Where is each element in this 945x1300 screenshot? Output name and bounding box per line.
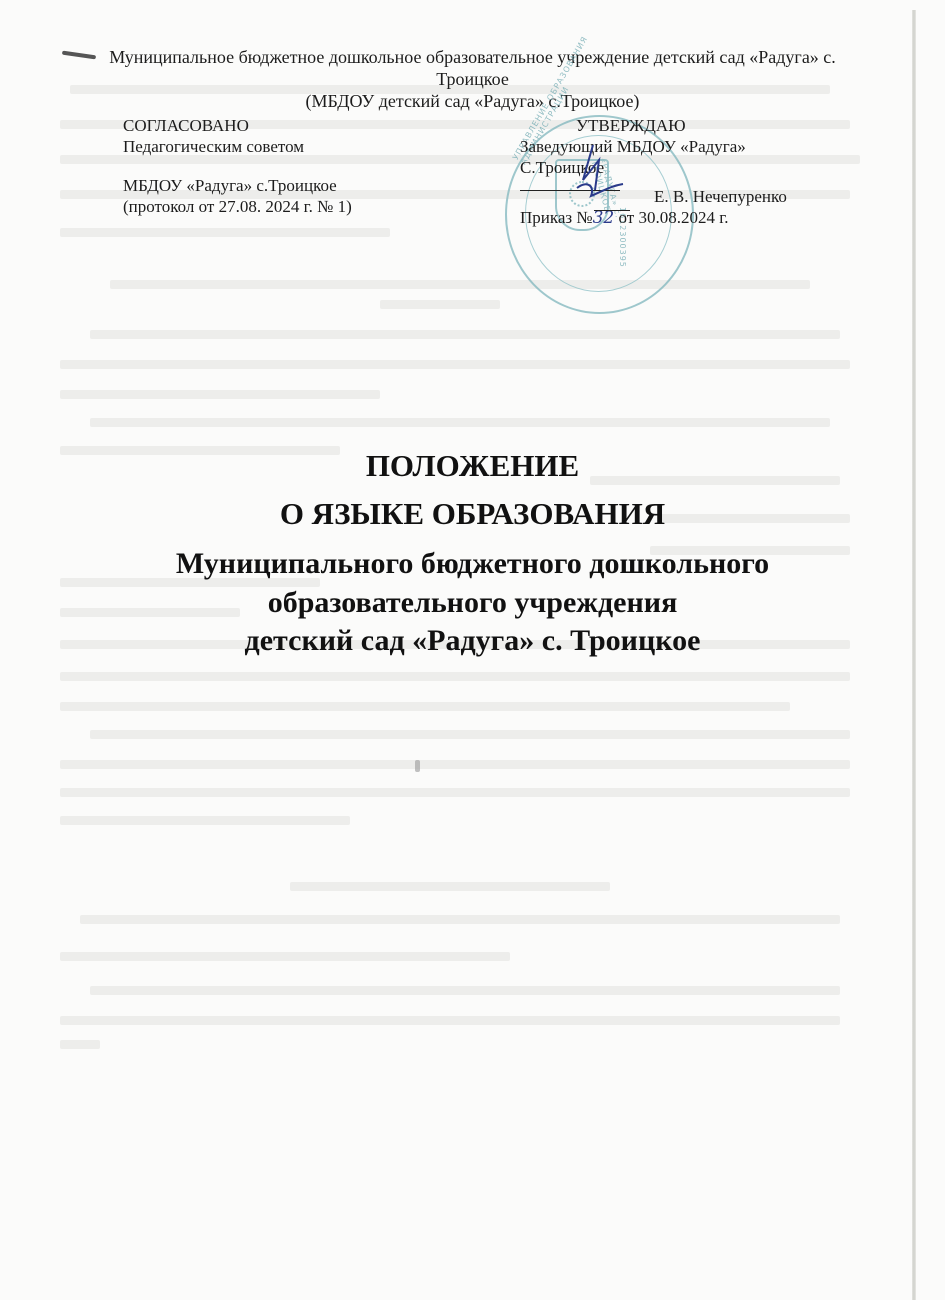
approved-order: Приказ №32 от 30.08.2024 г. <box>520 207 820 229</box>
institution-short-name: (МБДОУ детский сад «Радуга» с.Троицкое) <box>0 90 945 112</box>
scan-speck <box>415 760 420 772</box>
agreed-title: СОГЛАСОВАНО <box>123 115 352 136</box>
institution-name-line2: Троицкое <box>0 68 945 90</box>
signature-icon <box>565 140 625 210</box>
document-title-institution-line2: образовательного учреждения <box>0 584 945 622</box>
order-number-underline <box>594 210 630 211</box>
document-title-institution-line1: Муниципального бюджетного дошкольного <box>0 545 945 583</box>
agreed-council: Педагогическим советом <box>123 136 352 157</box>
agreed-institution: МБДОУ «Радуга» с.Троицкое <box>123 175 352 196</box>
agreed-protocol: (протокол от 27.08. 2024 г. № 1) <box>123 196 352 217</box>
institution-name-line1: Муниципальное бюджетное дошкольное образ… <box>0 46 945 68</box>
order-date: от 30.08.2024 г. <box>614 208 728 227</box>
order-number: 32 <box>593 208 615 228</box>
approved-title: УТВЕРЖДАЮ <box>520 115 820 136</box>
order-prefix: Приказ № <box>520 208 593 227</box>
document-title-main: ПОЛОЖЕНИЕ <box>0 446 945 486</box>
document-title-subject: О ЯЗЫКЕ ОБРАЗОВАНИЯ <box>0 494 945 534</box>
document-title-institution-line3: детский сад «Радуга» с. Троицкое <box>0 622 945 660</box>
agreed-block: СОГЛАСОВАНО Педагогическим советом МБДОУ… <box>123 115 352 217</box>
